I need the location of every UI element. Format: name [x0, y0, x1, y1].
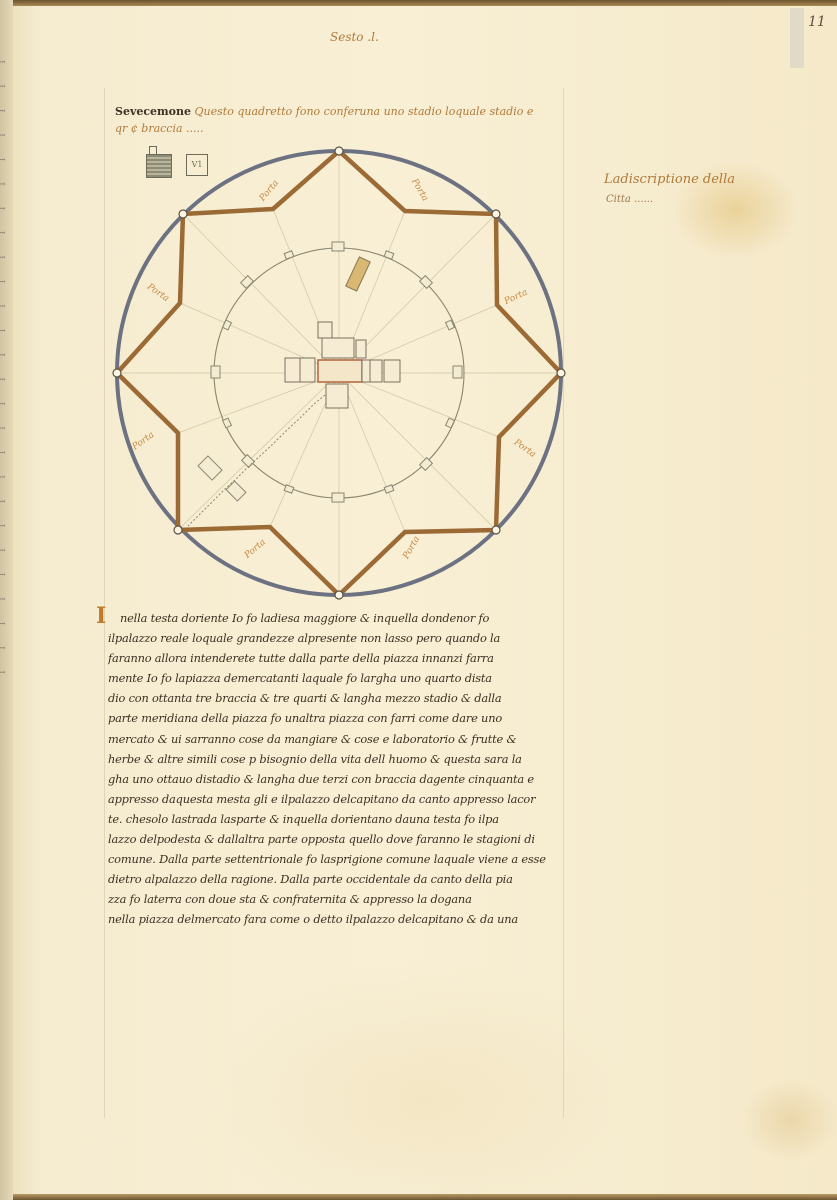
body-line: ilpalazzo reale loquale grandezze alpres… — [108, 628, 578, 648]
body-line: dio con ottanta tre braccia & tre quarti… — [108, 688, 578, 708]
svg-text:Porta: Porta — [130, 430, 157, 453]
body-line: appresso daquesta mesta gli e ilpalazzo … — [108, 789, 578, 809]
body-line: zza fo laterra con doue sta & confratern… — [108, 889, 578, 909]
body-line: mercato & ui sarranno cose da mangiare &… — [108, 729, 578, 749]
svg-text:Porta: Porta — [242, 537, 268, 561]
svg-text:Porta: Porta — [502, 288, 529, 308]
svg-text:Porta: Porta — [257, 178, 281, 204]
body-line: nella testa doriente Io fo ladiesa maggi… — [108, 608, 578, 628]
body-text: nella testa doriente Io fo ladiesa maggi… — [108, 608, 578, 930]
body-line: dietro alpalazzo della ragione. Dalla pa… — [108, 869, 578, 889]
body-line: parte meridiana della piazza fo unaltra … — [108, 708, 578, 728]
body-line: herbe & altre simili cose p bisognio del… — [108, 749, 578, 769]
body-line: lazzo delpodesta & dallaltra parte oppos… — [108, 829, 578, 849]
yellow-building — [346, 257, 370, 291]
decorated-initial: I — [96, 603, 106, 629]
body-line: nella piazza delmercato fara come o dett… — [108, 909, 578, 929]
central-piazza-complex — [285, 322, 400, 408]
svg-text:Porta: Porta — [144, 281, 171, 304]
svg-text:Porta: Porta — [409, 176, 430, 203]
sw-street — [188, 395, 325, 526]
body-line: te. chesolo lastrada lasparte & inquella… — [108, 809, 578, 829]
body-line: faranno allora intenderete tutte dalla p… — [108, 648, 578, 668]
svg-text:Porta: Porta — [401, 535, 422, 562]
body-line: mente Io fo lapiazza demercatanti laqual… — [108, 668, 578, 688]
manuscript-page: I I I I I I I I I I I I I I I I I I I I … — [0, 0, 837, 1200]
body-line: gha uno ottauo distadio & langha due ter… — [108, 769, 578, 789]
svg-text:Porta: Porta — [511, 437, 538, 460]
star-city-plan-diagram: Porta Porta Porta Porta Porta Porta Port… — [0, 0, 837, 1200]
body-line: comune. Dalla parte settentrionale fo la… — [108, 849, 578, 869]
